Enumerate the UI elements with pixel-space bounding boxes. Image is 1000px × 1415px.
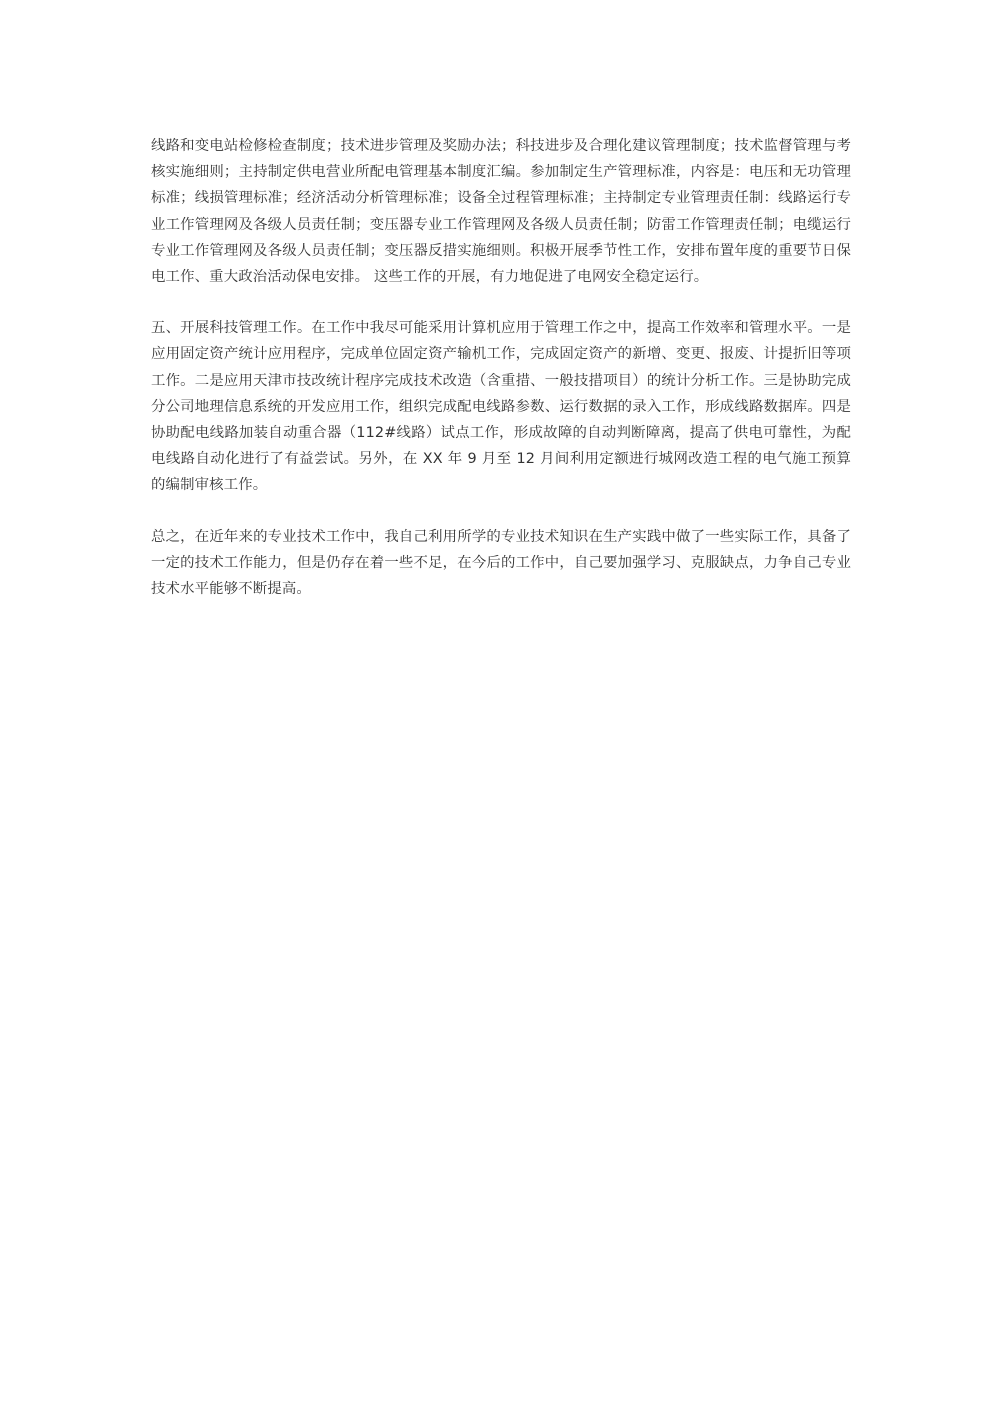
- document-page: 线路和变电站检修检查制度；技术进步管理及奖励办法；科技进步及合理化建议管理制度；…: [151, 133, 851, 627]
- paragraph-tech-management: 五、开展科技管理工作。在工作中我尽可能采用计算机应用于管理工作之中，提高工作效率…: [151, 315, 851, 498]
- paragraph-conclusion: 总之，在近年来的专业技术工作中，我自己利用所学的专业技术知识在生产实践中做了一些…: [151, 524, 851, 603]
- paragraph-management-standards: 线路和变电站检修检查制度；技术进步管理及奖励办法；科技进步及合理化建议管理制度；…: [151, 133, 851, 290]
